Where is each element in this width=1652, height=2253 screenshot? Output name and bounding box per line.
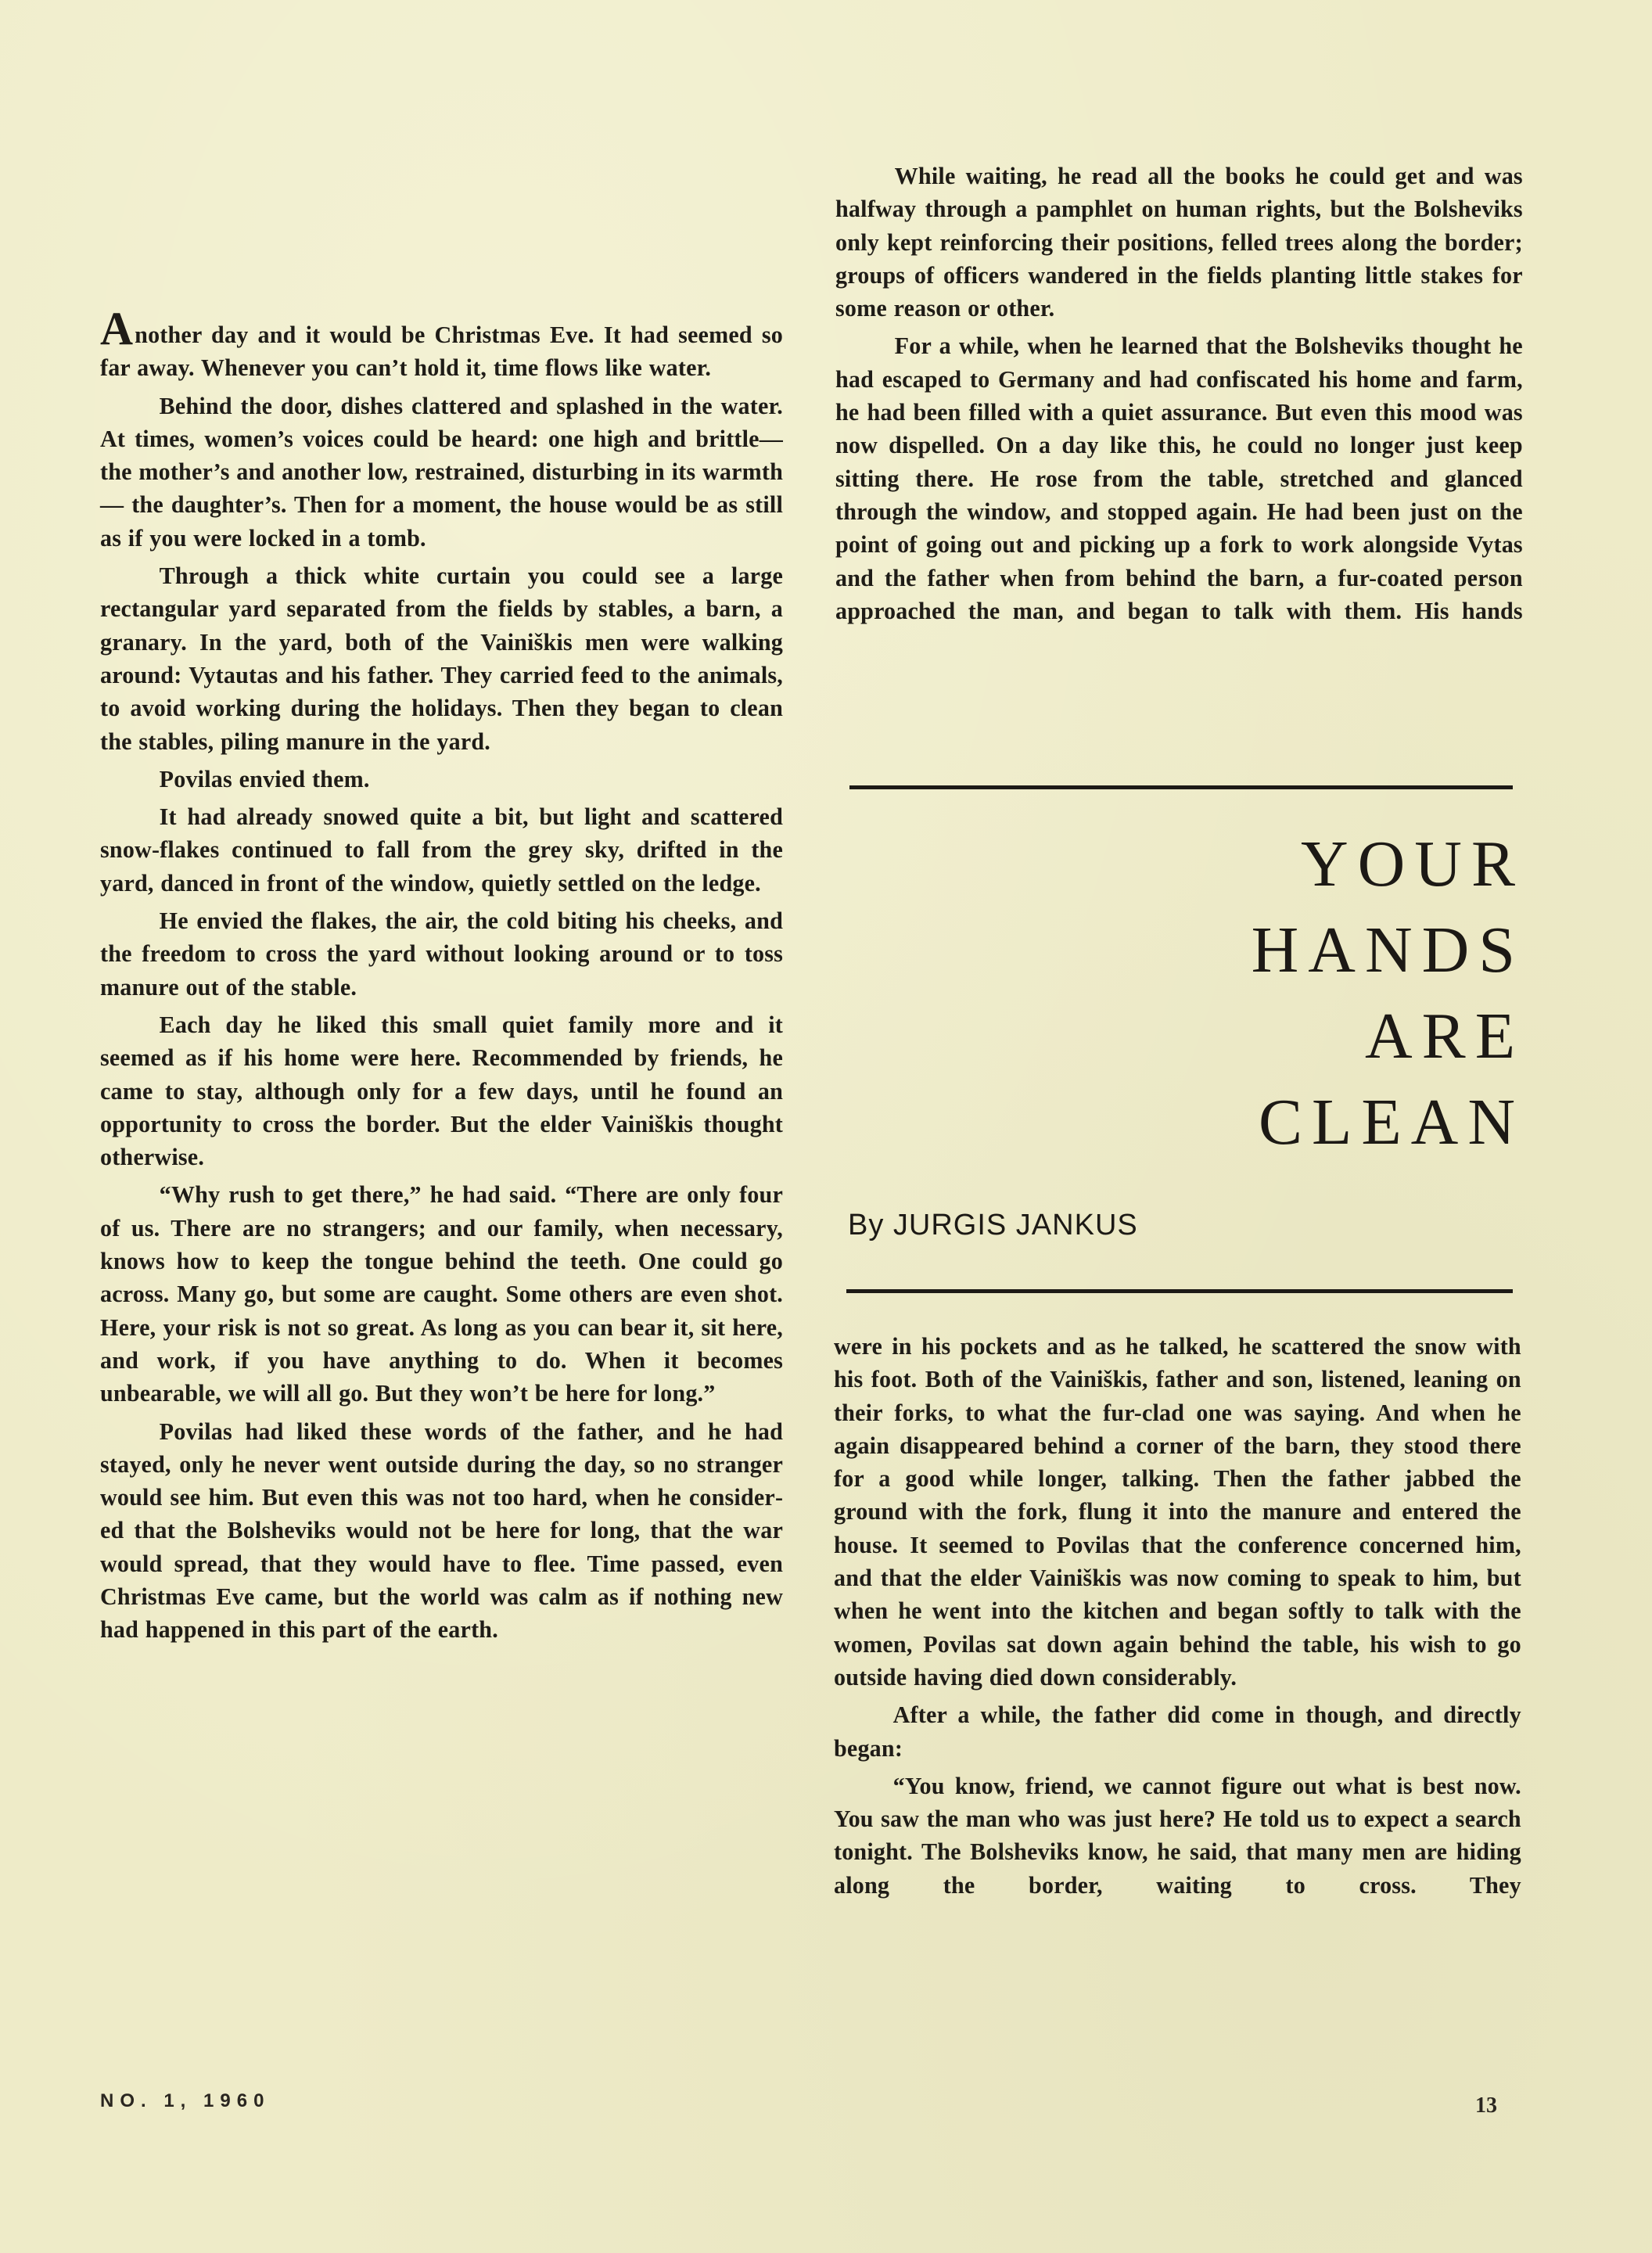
paragraph-text: nother day and it would be Christmas Eve… xyxy=(100,321,783,381)
article-title: YOUR HANDS ARE CLEAN xyxy=(1252,821,1515,1166)
paragraph: While waiting, he read all the books he … xyxy=(835,160,1523,325)
drop-cap: A xyxy=(100,303,133,354)
left-column: Another day and it would be Christmas Ev… xyxy=(100,313,783,1651)
paragraph: Through a thick white curtain you could … xyxy=(100,559,783,758)
paragraph: Each day he liked this small quiet famil… xyxy=(100,1008,783,1173)
title-rule-bottom xyxy=(846,1289,1513,1293)
byline: By JURGIS JANKUS xyxy=(848,1209,1138,1242)
paragraph: Behind the door, dishes clattered and sp… xyxy=(100,390,783,555)
right-column-top: While waiting, he read all the books he … xyxy=(835,160,1523,632)
paragraph: He envied the flakes, the air, the cold … xyxy=(100,904,783,1004)
title-rule-top xyxy=(849,785,1513,789)
opening-paragraph: Another day and it would be Christmas Ev… xyxy=(100,313,783,385)
title-line: YOUR xyxy=(1252,821,1525,907)
paragraph: Povilas envied them. xyxy=(100,763,783,796)
paragraph: After a while, the father did come in th… xyxy=(834,1698,1521,1765)
paragraph: For a while, when he learned that the Bo… xyxy=(835,329,1523,627)
paragraph: Povilas had liked these words of the fat… xyxy=(100,1415,783,1647)
paragraph: “Why rush to get there,” he had said. “T… xyxy=(100,1178,783,1410)
title-line: CLEAN xyxy=(1252,1080,1525,1166)
right-column-bottom: were in his pockets and as he talked, he… xyxy=(834,1330,1521,1906)
title-line: ARE xyxy=(1252,994,1525,1080)
continued-paragraph: were in his pockets and as he talked, he… xyxy=(834,1330,1521,1694)
paragraph: “You know, friend, we cannot figure out … xyxy=(834,1770,1521,1902)
magazine-page: Another day and it would be Christmas Ev… xyxy=(0,0,1652,2253)
title-line: HANDS xyxy=(1252,907,1525,994)
page-number: 13 xyxy=(1475,2093,1497,2118)
issue-label: NO. 1, 1960 xyxy=(100,2090,270,2112)
paragraph: It had already snowed quite a bit, but l… xyxy=(100,800,783,900)
